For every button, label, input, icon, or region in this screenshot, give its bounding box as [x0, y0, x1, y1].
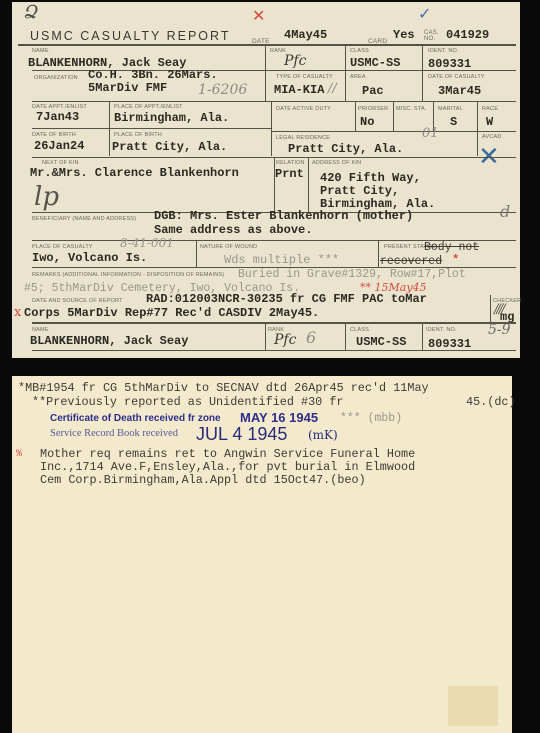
death-certificate-stamp: Certificate of Death received fr zone: [50, 413, 221, 424]
footer-class-label: CLASS: [350, 327, 369, 333]
divider: [274, 157, 275, 212]
place-casualty-label: PLACE OF CASUALTY: [32, 244, 93, 250]
divider: [32, 101, 516, 102]
class-label: CLASS: [350, 48, 369, 54]
relation-label: RELATION: [276, 160, 305, 166]
legal-res-label: LEGAL RESIDENCE: [276, 135, 330, 141]
dob-label: DATE OF BIRTH: [32, 132, 76, 138]
divider: [422, 45, 423, 102]
name-label: NAME: [32, 48, 49, 54]
divider: [32, 128, 272, 129]
card-title: USMC CASUALTY REPORT: [30, 29, 230, 43]
report-date: 4May45: [284, 29, 327, 41]
back-line1b: 45.(dc): [466, 397, 516, 408]
report-line1: RAD:012003NCR-30235 fr CG FMF PAC toMar: [146, 293, 427, 305]
death-certificate-date: MAY 16 1945: [240, 410, 318, 425]
remarks-label: REMARKS (Additional Information - Dispos…: [32, 272, 224, 278]
addr-kin-line2: Pratt City,: [320, 185, 399, 197]
priorser-value: No: [360, 116, 374, 128]
death-certificate-suffix: *** (mbb): [340, 413, 402, 424]
marital-label: MARITAL: [438, 106, 463, 112]
footer-ident-label: IDENT. NO.: [426, 327, 457, 333]
present-status-struck2: recovered: [380, 256, 442, 267]
place-casualty-value: Iwo, Volcano Is.: [32, 252, 147, 264]
card-value: Yes: [393, 29, 415, 41]
srb-date: JUL 4 1945: [196, 424, 287, 445]
red-x-margin-mark: x: [14, 305, 21, 320]
divider: [265, 45, 266, 102]
organization-line1: Co.H. 3Bn. 26Mars.: [88, 69, 218, 81]
beneficiary-label: BENEFICIARY (Name and Address): [32, 216, 136, 222]
misc-sta-label: MISC. STA.: [396, 106, 427, 112]
beneficiary-line1: DGB: Mrs. Ester Blankenhorn (mother): [154, 210, 413, 222]
place-appt-label: PLACE OF APPT./ENLIST: [114, 104, 183, 110]
class-value: USMC-SS: [350, 57, 400, 69]
footer-rank-value: Pfc: [274, 332, 296, 348]
srb-stamp: Service Record Book received: [50, 428, 178, 439]
wound-label: NATURE OF WOUND: [200, 244, 257, 250]
casualty-card-back: *MB#1954 fr CG 5thMarDiv to SECNAV dtd 2…: [12, 376, 512, 733]
handwritten-d-mark: d: [500, 202, 510, 221]
cas-no-value: 041929: [446, 29, 489, 41]
divider: [196, 240, 197, 267]
race-value: W: [486, 116, 493, 128]
handwritten-loop-mark: Ձ: [24, 2, 39, 23]
rank-value: Pfc: [284, 53, 306, 69]
divider: [32, 322, 516, 324]
divider: [308, 157, 309, 212]
casualty-card-front: Ձ ✕ ✓ USMC CASUALTY REPORT DATE 4May45 C…: [12, 2, 520, 358]
divider: [32, 350, 516, 351]
footer-rank-hand: 6: [306, 328, 316, 347]
srb-initials: (mK): [308, 428, 338, 442]
blue-check-mark: ✓: [418, 4, 431, 23]
date-casualty-value: 3Mar45: [438, 85, 481, 97]
present-status-struck: Body not: [424, 242, 479, 253]
divider: [422, 324, 423, 350]
remains-line1: Mother req remains ret to Angwin Service…: [40, 449, 415, 460]
area-label: AREA: [350, 74, 366, 80]
footer-name-label: NAME: [32, 327, 49, 333]
divider: [393, 101, 394, 131]
addr-kin-label: ADDRESS OF KIN: [312, 160, 361, 166]
footer-ident-hand: 5-9: [488, 322, 511, 338]
red-x-mark: ✕: [252, 6, 265, 25]
date-casualty-label: DATE OF CASUALTY: [428, 74, 485, 80]
handwritten-initials: lp: [34, 182, 59, 212]
marital-value: S: [450, 116, 457, 128]
nok-value: Mr.&Mrs. Clarence Blankenhorn: [30, 167, 239, 179]
date-appt-value: 7Jan43: [36, 111, 79, 123]
divider: [18, 44, 516, 46]
place-appt-value: Birmingham, Ala.: [114, 112, 229, 124]
pob-value: Pratt City, Ala.: [112, 141, 227, 153]
race-label: RACE: [482, 106, 498, 112]
date-active-label: DATE ACTIVE DUTY: [276, 106, 331, 112]
beneficiary-line2: Same address as above.: [154, 224, 312, 236]
avcad-label: AVCAD: [482, 134, 502, 140]
cas-no-label: CAS. NO.: [424, 30, 438, 42]
paper-stain: [448, 686, 498, 726]
handwritten-tick: 01: [422, 126, 439, 141]
footer-class-value: USMC-SS: [356, 336, 406, 348]
divider: [345, 324, 346, 350]
divider: [265, 324, 266, 350]
report-line2: Corps 5MarDiv Rep#77 Rec'd CASDIV 2May45…: [24, 307, 319, 319]
divider: [490, 295, 491, 322]
footer-ident-value: 809331: [428, 338, 471, 350]
ident-value: 809331: [428, 58, 471, 70]
type-casualty-value: MIA-KIA: [274, 84, 324, 96]
divider: [355, 101, 356, 131]
type-casualty-mark: //: [328, 81, 337, 96]
footer-name-value: BLANKENHORN, Jack Seay: [30, 335, 188, 347]
ident-label: IDENT. NO.: [428, 48, 459, 54]
place-casualty-handwritten: 8-41-001: [120, 236, 174, 250]
addr-kin-line1: 420 Fifth Way,: [320, 172, 421, 184]
area-value: Pac: [362, 85, 384, 97]
pob-label: PLACE OF BIRTH: [114, 132, 162, 138]
type-casualty-label: TYPE OF CASUALTY: [276, 74, 333, 80]
relation-value: Prnt: [275, 168, 304, 180]
back-line1: *MB#1954 fr CG 5thMarDiv to SECNAV dtd 2…: [18, 383, 429, 394]
dob-value: 26Jan24: [34, 140, 84, 152]
remains-line2: Inc.,1714 Ave.F,Ensley,Ala.,for pvt buri…: [40, 462, 415, 473]
present-status-mark: *: [452, 254, 459, 266]
divider: [345, 45, 346, 102]
remains-line3: Cem Corp.Birmingham,Ala.Appl dtd 15Oct47…: [40, 475, 366, 486]
organization-label: ORGANIZATION: [34, 75, 78, 81]
remains-mark: %: [16, 449, 22, 460]
organization-handwritten: 1-6206: [198, 82, 247, 98]
priorser-label: PRIORSER.: [358, 106, 390, 112]
organization-line2: 5MarDiv FMF: [88, 82, 167, 94]
back-line2: **Previously reported as Unidentified #3…: [32, 397, 344, 408]
remarks-line1: Buried in Grave#1329, Row#17,Plot: [238, 269, 466, 280]
divider: [378, 240, 379, 267]
report-label: DATE AND SOURCE OF REPORT: [32, 298, 123, 304]
legal-res-value: Pratt City, Ala.: [288, 143, 403, 155]
wound-value: Wds multiple ***: [224, 254, 339, 266]
divider: [271, 131, 516, 132]
